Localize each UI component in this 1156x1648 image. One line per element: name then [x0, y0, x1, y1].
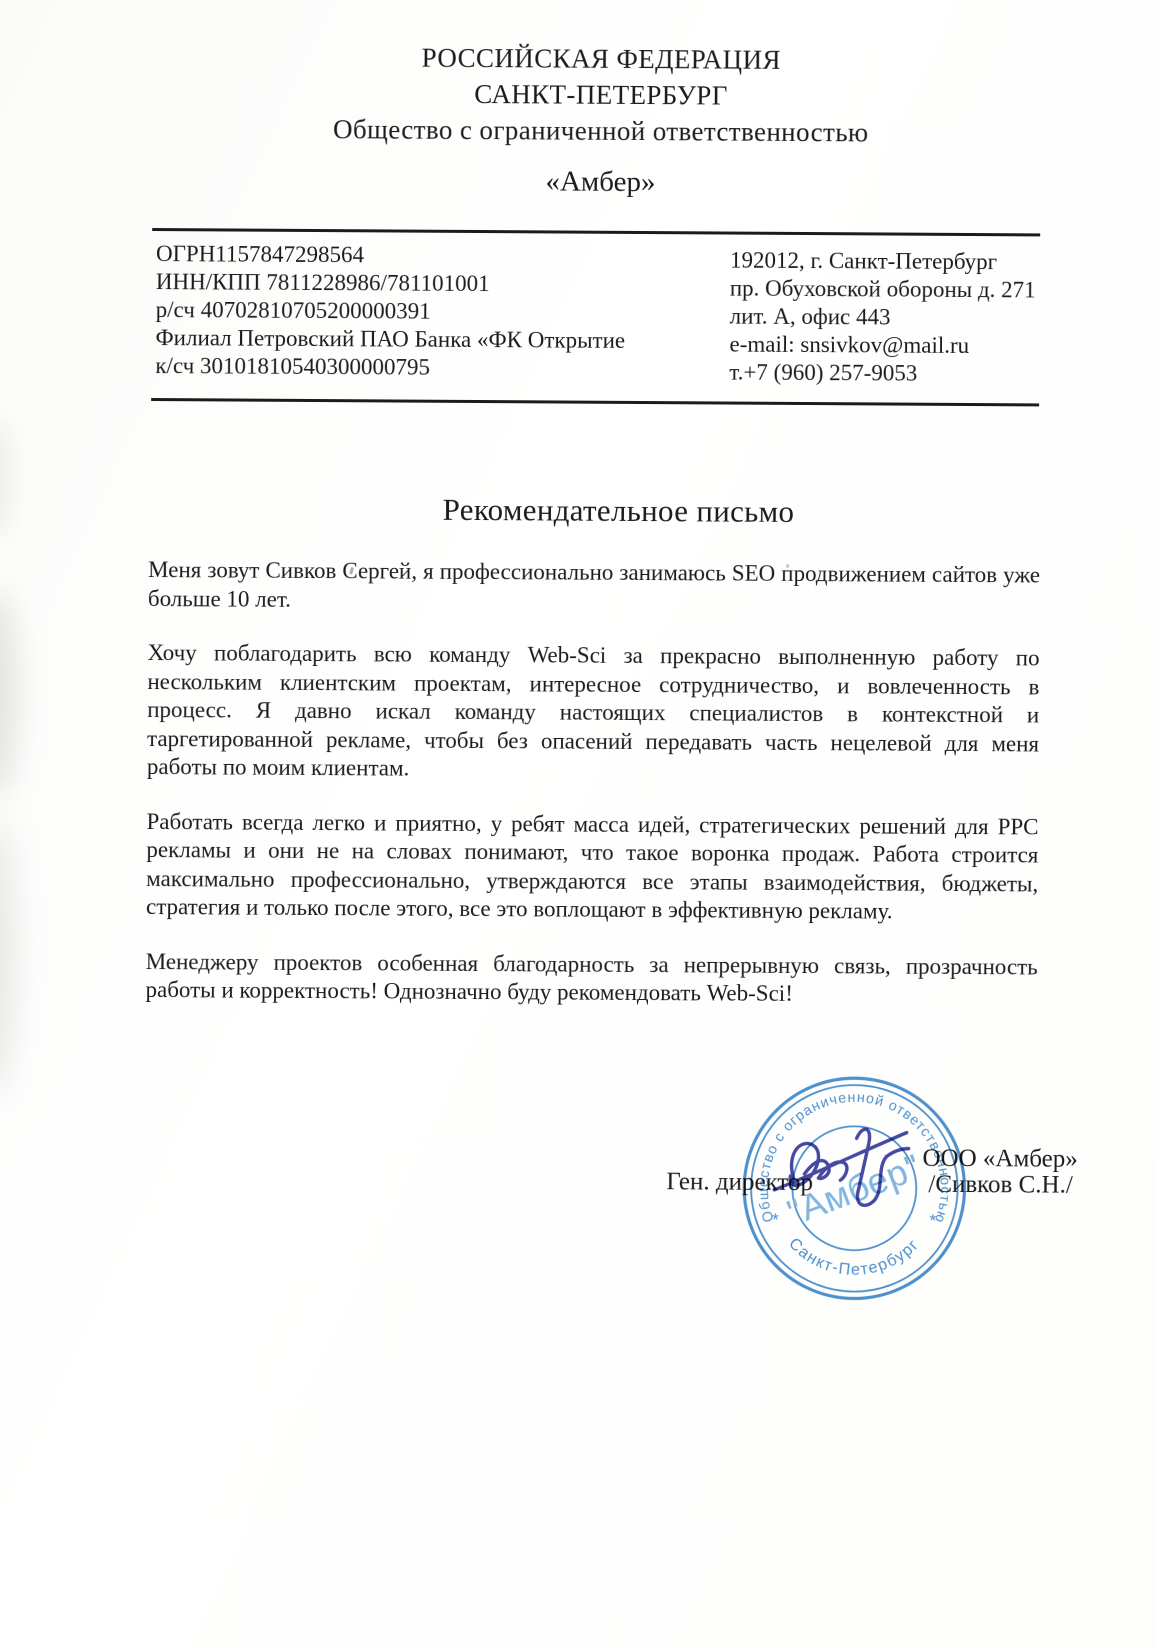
paragraph-manager: Менеджеру проектов особенная благодарнос…	[145, 947, 1037, 1009]
address-office: лит. А, офис 443	[730, 303, 1036, 333]
signature-strokes	[774, 1129, 908, 1206]
requisite-bank: Филиал Петровский ПАО Банка «ФК Открытие	[155, 324, 625, 355]
requisites-top-rule	[152, 228, 1040, 236]
requisites-left-column: ОГРН1157847298564 ИНН/КПП 7811228986/781…	[155, 240, 625, 383]
stamp-bottom-text: Санкт-Петербург	[785, 1234, 923, 1279]
letter-body: Меня зовут Сивков Сергей, я профессионал…	[145, 556, 1040, 1036]
phone-line: т.+7 (960) 257-9053	[729, 359, 1035, 389]
stamp-star-left-icon: *	[772, 1209, 779, 1229]
paragraph-thanks: Хочу поблагодарить всю команду Web-Sci з…	[147, 639, 1040, 787]
requisite-corr-account: к/сч 30101810540300000795	[155, 352, 625, 383]
document-canvas: РОССИЙСКАЯ ФЕДЕРАЦИЯ САНКТ-ПЕТЕРБУРГ Общ…	[0, 0, 1156, 1648]
letter-title: Рекомендательное письмо	[148, 490, 1088, 532]
address-street: пр. Обуховской обороны д. 271	[730, 275, 1036, 305]
stamp-star-right-icon: *	[929, 1210, 936, 1230]
scanned-letter-page: РОССИЙСКАЯ ФЕДЕРАЦИЯ САНКТ-ПЕТЕРБУРГ Общ…	[0, 0, 1156, 1648]
scan-smudge	[0, 419, 11, 539]
scan-smudge	[0, 819, 17, 1099]
svg-text:Санкт-Петербург: Санкт-Петербург	[785, 1234, 923, 1279]
email-line: e-mail: snsivkov@mail.ru	[729, 331, 1035, 361]
requisite-inn-kpp: ИНН/КПП 7811228986/781101001	[156, 268, 626, 299]
paragraph-work: Работать всегда легко и приятно, у ребят…	[146, 807, 1039, 926]
requisite-ogrn: ОГРН1157847298564	[156, 240, 626, 271]
requisites-bottom-rule	[151, 398, 1039, 406]
address-postcode-city: 192012, г. Санкт-Петербург	[730, 247, 1036, 277]
requisites-right-column: 192012, г. Санкт-Петербург пр. Обуховско…	[729, 247, 1036, 389]
handwritten-signature	[744, 1116, 915, 1212]
paragraph-intro: Меня зовут Сивков Сергей, я профессионал…	[148, 556, 1040, 618]
legal-form-line: Общество с ограниченной ответственностью	[43, 109, 1156, 152]
company-name: «Амбер»	[42, 160, 1156, 203]
letterhead: РОССИЙСКАЯ ФЕДЕРАЦИЯ САНКТ-ПЕТЕРБУРГ Общ…	[42, 37, 1156, 203]
requisite-account: р/сч 40702810705200000391	[156, 296, 626, 327]
scan-smudge	[0, 589, 18, 799]
